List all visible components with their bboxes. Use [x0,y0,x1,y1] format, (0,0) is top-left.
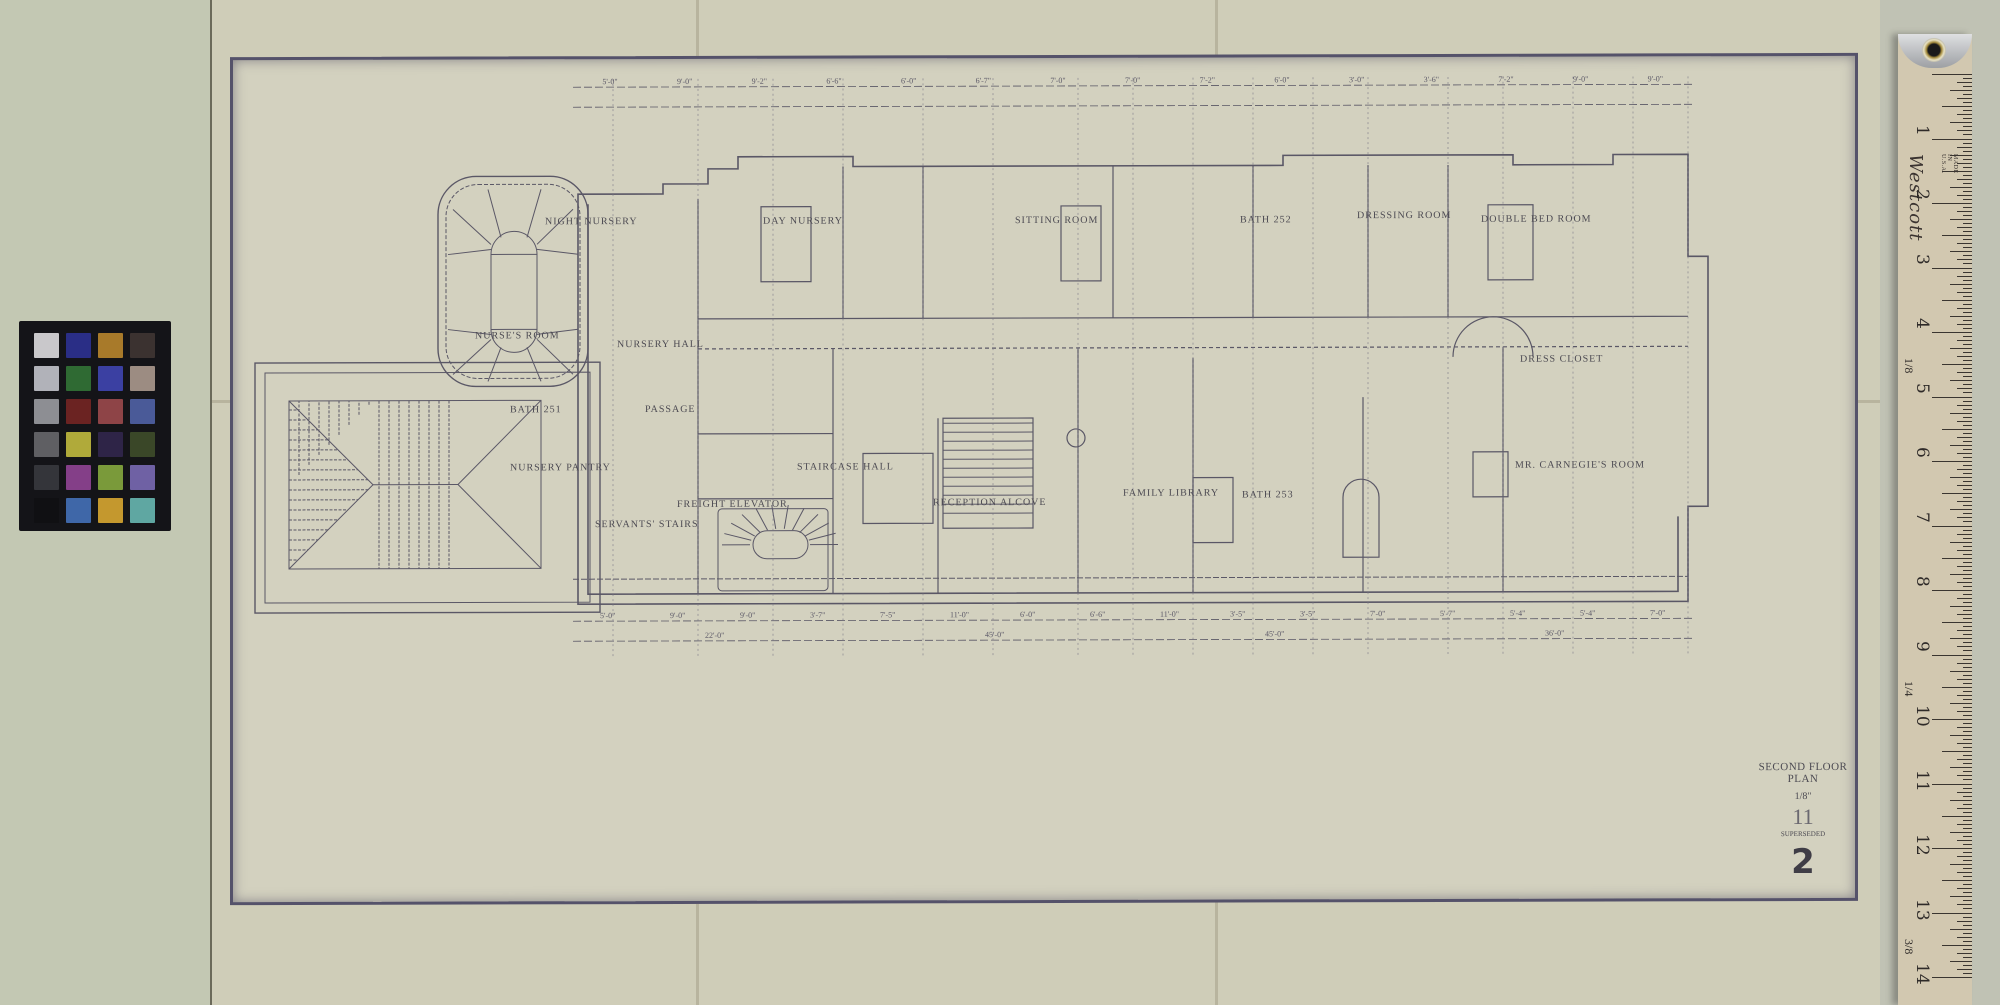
ruler-metal-cap [1898,34,1972,68]
ruler-inch-number: 7 [1912,512,1932,523]
drawing-scale: 1/8" [1758,791,1848,802]
color-swatch [98,399,123,424]
ruler-tick [1963,167,1972,168]
ruler-tick [1963,892,1972,893]
ruler-tick [1950,864,1972,865]
svg-text:3'-5": 3'-5" [1300,609,1315,618]
ruler-tick [1932,139,1972,140]
ruler-tick [1957,598,1972,599]
ruler-tick [1957,663,1972,664]
ruler-tick [1963,755,1972,756]
room-label: DOUBLE BED ROOM [1481,214,1592,225]
ruler-tick [1950,896,1972,897]
roof-plan [255,362,600,613]
color-swatch [98,465,123,490]
ruler-tick [1963,699,1972,700]
ruler-tick [1950,574,1972,575]
ruler-tick [1957,388,1972,389]
ruler-tick [1932,848,1972,849]
ruler-tick [1963,852,1972,853]
ruler-inch-number: 12 [1912,834,1932,856]
ruler-tick [1963,78,1972,79]
document-sheet: 5'-0"9'-0"9'-2"6'-6"6'-0"6'-7"7'-0"7'-0"… [210,0,1880,1005]
color-swatch [34,333,59,358]
ruler-tick [1963,812,1972,813]
ruler-tick [1963,118,1972,119]
ruler-tick [1932,655,1972,656]
svg-text:11'-0": 11'-0" [1160,610,1179,619]
room-label: SERVANTS' STAIRS [595,519,699,530]
color-swatch [130,432,155,457]
color-swatch [98,498,123,523]
svg-text:36'-0": 36'-0" [1545,629,1564,638]
ruler-tick [1963,723,1972,724]
ruler-tick [1963,521,1972,522]
color-swatch [98,432,123,457]
svg-text:45'-0": 45'-0" [985,630,1004,639]
ruler-tick [1963,562,1972,563]
ruler-tick [1963,602,1972,603]
ruler-tick [1963,417,1972,418]
svg-text:6'-0": 6'-0" [1274,75,1289,84]
ruler-tick [1957,904,1972,905]
ruler-tick [1932,203,1972,204]
ruler-tick [1942,687,1972,688]
svg-text:5'-4": 5'-4" [1510,609,1525,618]
svg-text:7'-0": 7'-0" [1650,608,1665,617]
ruler-tick [1963,143,1972,144]
ruler-tick [1957,130,1972,131]
ruler-tick [1957,469,1972,470]
svg-text:9'-0": 9'-0" [1573,75,1588,84]
ruler-tick [1957,840,1972,841]
ruler-tick [1963,215,1972,216]
ruler-inch-number: 6 [1912,447,1932,458]
floor-plan-drawing: 5'-0"9'-0"9'-2"6'-6"6'-0"6'-7"7'-0"7'-0"… [233,56,1855,902]
ruler-tick [1963,578,1972,579]
ruler-tick [1957,566,1972,567]
ruler-tick [1950,90,1972,91]
ruler-tick [1942,429,1972,430]
svg-text:11'-0": 11'-0" [950,610,969,619]
ruler-tick [1950,929,1972,930]
ruler-tick [1963,626,1972,627]
ruler-tick [1950,735,1972,736]
ruler-tick [1957,195,1972,196]
ruler-inch-number: 11 [1912,770,1932,792]
ruler-tick [1963,667,1972,668]
ruler-tick [1957,614,1972,615]
ruler-tick [1957,743,1972,744]
ruler-tick [1957,792,1972,793]
ruler-tick [1963,965,1972,966]
ruler-tick [1942,558,1972,559]
color-swatch [130,498,155,523]
ruler-tick [1950,187,1972,188]
ruler-tick [1932,719,1972,720]
ruler-tick [1963,804,1972,805]
svg-text:7'-0": 7'-0" [1370,609,1385,618]
svg-text:7'-0": 7'-0" [1050,76,1065,85]
oval-stair-room [438,176,588,386]
room-label: DRESSING ROOM [1357,210,1451,221]
sheet-number: 2 [1758,842,1848,882]
ruler-tick [1963,763,1972,764]
ruler-tick [1950,477,1972,478]
ruler-tick [1963,102,1972,103]
svg-text:6'-0": 6'-0" [901,76,916,85]
ruler-tick [1957,872,1972,873]
ruler-tick [1963,973,1972,974]
ruler-tick [1963,263,1972,264]
ruler-tick [1950,155,1972,156]
room-label: NURSERY HALL [617,339,704,350]
ruler-tick [1963,739,1972,740]
svg-text:3'-5": 3'-5" [1230,609,1245,618]
ruler-tick [1957,372,1972,373]
ruler-tick [1932,397,1972,398]
ruler-tick [1963,505,1972,506]
ruler-tick [1957,421,1972,422]
ruler-tick [1963,352,1972,353]
ruler-tick [1957,259,1972,260]
ruler-tick [1963,304,1972,305]
ruler-tick [1963,223,1972,224]
ruler-tick [1963,836,1972,837]
ruler-tick [1957,759,1972,760]
ruler-tick [1963,860,1972,861]
svg-text:6'-0": 6'-0" [1020,610,1035,619]
ruler-tick [1957,276,1972,277]
color-swatch [66,432,91,457]
ruler-tick [1963,513,1972,514]
ruler-tick [1950,606,1972,607]
ruler-tick [1963,933,1972,934]
ruler-inch-number: 8 [1912,576,1932,587]
ruler-tick [1957,179,1972,180]
room-label: BATH 253 [1242,489,1294,500]
ruler-tick [1963,868,1972,869]
room-label: BATH 251 [510,404,562,415]
drawing-title: SECOND FLOOR PLAN [1758,761,1848,785]
ruler-tick [1963,908,1972,909]
ruler-inch-number: 10 [1912,705,1932,727]
ruler-tick [1957,937,1972,938]
ruler-tick [1950,445,1972,446]
ruler-tick [1957,243,1972,244]
ruler-tick [1957,98,1972,99]
room-label: FREIGHT ELEVATOR [677,499,788,510]
ruler-tick [1963,659,1972,660]
ruler-tick [1963,392,1972,393]
ruler-tick [1957,517,1972,518]
color-swatch [130,333,155,358]
ruler-tick [1942,880,1972,881]
plate-number: 11 [1758,804,1848,830]
ruler-inch-number: 13 [1912,899,1932,921]
svg-text:6'-7": 6'-7" [976,76,991,85]
ruler-tick [1963,296,1972,297]
color-swatch [66,399,91,424]
ruler-tick [1963,530,1972,531]
ruler-tick [1957,485,1972,486]
ruler-inch-number: 9 [1912,641,1932,652]
ruler-tick [1932,461,1972,462]
ruler-tick [1963,844,1972,845]
ruler-tick [1957,405,1972,406]
ruler-tick [1957,953,1972,954]
servants-stair [718,505,838,591]
ruler-tick [1963,312,1972,313]
ruler-tick [1963,594,1972,595]
ruler-tick [1963,796,1972,797]
color-swatch [34,465,59,490]
svg-text:7'-0": 7'-0" [1125,76,1140,85]
ruler-tick [1950,767,1972,768]
color-swatch [34,399,59,424]
room-label: BATH 252 [1240,214,1292,225]
ruler-tick [1963,642,1972,643]
svg-text:5'-0": 5'-0" [600,611,615,620]
room-label: PASSAGE [645,404,696,415]
ruler-tick [1963,191,1972,192]
ruler-tick [1963,489,1972,490]
ruler-tick [1957,356,1972,357]
ruler-tick [1942,364,1972,365]
ruler-tick [1950,251,1972,252]
svg-text:9'-0": 9'-0" [1648,74,1663,83]
room-label: SITTING ROOM [1015,215,1098,226]
ruler-tick [1963,409,1972,410]
ruler-tick [1963,634,1972,635]
ruler-tick [1957,824,1972,825]
ruler-tick [1932,977,1972,978]
ruler-fraction-label: 1/8 [1901,358,1916,373]
ruler-tick [1963,110,1972,111]
ruler-tick [1957,550,1972,551]
ruler-tick [1963,957,1972,958]
superseded-stamp: SUPERSEDED [1758,830,1848,838]
svg-text:9'-0": 9'-0" [670,611,685,620]
ruler-tick [1932,913,1972,914]
room-label: DRESS CLOSET [1520,354,1603,365]
ruler-tick [1942,751,1972,752]
ruler-tick [1942,622,1972,623]
svg-text:6'-6": 6'-6" [826,77,841,86]
svg-text:9'-0": 9'-0" [740,611,755,620]
ruler-tick [1950,703,1972,704]
ruler-tick [1932,332,1972,333]
ruler-tick [1963,779,1972,780]
ruler-tick [1963,707,1972,708]
ruler-tick [1963,949,1972,950]
ruler-tick [1950,961,1972,962]
ruler-tick [1957,646,1972,647]
ruler-tick [1957,921,1972,922]
room-label: STAIRCASE HALL [797,461,894,472]
ruler-tick [1963,457,1972,458]
ruler-tick [1950,671,1972,672]
ruler-tick [1963,207,1972,208]
ruler-tick [1963,497,1972,498]
svg-text:9'-2": 9'-2" [752,77,767,86]
svg-text:5'-0": 5'-0" [602,77,617,86]
ruler-tick [1963,344,1972,345]
ruler-tick [1963,900,1972,901]
ruler-tick [1963,433,1972,434]
ruler-tick [1963,788,1972,789]
room-label: NIGHT NURSERY [545,216,638,227]
color-swatch [130,465,155,490]
ruler-tick [1957,211,1972,212]
ruler-tick [1963,771,1972,772]
ruler-tick [1963,618,1972,619]
ruler-tick [1932,74,1972,75]
ruler-tick [1950,542,1972,543]
ruler-tick [1957,324,1972,325]
ruler-tick [1963,401,1972,402]
color-swatch [98,366,123,391]
ruler-tick [1957,501,1972,502]
color-swatch [66,366,91,391]
ruler-tick [1957,969,1972,970]
ruler-tick [1963,715,1972,716]
ruler-tick [1957,582,1972,583]
ruler-tick [1963,820,1972,821]
svg-text:6'-6": 6'-6" [1090,610,1105,619]
title-block: SECOND FLOOR PLAN 1/8" 11 SUPERSEDED 2 [1758,761,1848,882]
ruler-tick [1963,199,1972,200]
ruler-tick [1950,380,1972,381]
ruler-tick [1963,360,1972,361]
ruler-tick [1963,884,1972,885]
ruler-tick [1957,808,1972,809]
svg-text:5'-4": 5'-4" [1580,609,1595,618]
svg-text:7'-2": 7'-2" [1498,75,1513,84]
ruler-tick [1963,425,1972,426]
ruler-tick [1957,888,1972,889]
ruler-tick [1963,368,1972,369]
ruler-tick [1950,832,1972,833]
ruler-tick [1957,695,1972,696]
ruler-tick [1957,630,1972,631]
room-label: DAY NURSERY [763,216,843,227]
ruler-inch-number: 14 [1912,963,1932,985]
ruler-tick [1963,449,1972,450]
color-swatch [98,333,123,358]
ruler-tick [1963,384,1972,385]
room-label: FAMILY LIBRARY [1123,488,1219,499]
ruler-tick [1950,413,1972,414]
ruler-tick [1963,376,1972,377]
ruler-tick [1963,538,1972,539]
measuring-ruler: Westcott MADE IN U.S.A. 1234567891011121… [1898,34,1972,1005]
color-checker-card [19,321,171,531]
ruler-tick [1963,941,1972,942]
ruler-tick [1950,638,1972,639]
svg-text:3'-7": 3'-7" [810,611,825,620]
ruler-tick [1957,340,1972,341]
ruler-tick [1963,554,1972,555]
ruler-tick [1957,227,1972,228]
ruler-tick [1963,183,1972,184]
ruler-tick [1932,590,1972,591]
ruler-tick [1942,816,1972,817]
ruler-tick [1963,747,1972,748]
ruler-inch-number: 3 [1912,254,1932,265]
ruler-tick [1963,336,1972,337]
ruler-tick [1963,925,1972,926]
ruler-tick [1957,308,1972,309]
room-label: NURSERY PANTRY [510,462,611,473]
ruler-tick [1963,546,1972,547]
color-swatch [34,498,59,523]
svg-text:3'-6": 3'-6" [1424,75,1439,84]
ruler-tick [1963,917,1972,918]
color-swatch [66,498,91,523]
color-swatch [130,366,155,391]
ruler-inch-number: 2 [1912,189,1932,200]
ruler-tick [1963,320,1972,321]
ruler-fraction-label: 1/4 [1901,681,1916,696]
ruler-tick [1957,679,1972,680]
ruler-tick [1957,711,1972,712]
blueprint-print: 5'-0"9'-0"9'-2"6'-6"6'-0"6'-7"7'-0"7'-0"… [230,53,1858,905]
ruler-tick [1950,122,1972,123]
ruler-tick [1957,727,1972,728]
ruler-tick [1957,82,1972,83]
ruler-tick [1950,509,1972,510]
ruler-tick [1963,683,1972,684]
ruler-inch-number: 5 [1912,383,1932,394]
svg-text:9'-0": 9'-0" [677,77,692,86]
svg-text:3'-0": 3'-0" [1349,75,1364,84]
ruler-tick [1963,151,1972,152]
ruler-tick [1963,828,1972,829]
ruler-tick [1963,481,1972,482]
svg-text:45'-0": 45'-0" [1265,629,1284,638]
ruler-tick [1963,570,1972,571]
ruler-tick [1963,94,1972,95]
ruler-tick [1963,675,1972,676]
svg-text:22'-0": 22'-0" [705,631,724,640]
ruler-tick [1963,650,1972,651]
ruler-tick [1963,272,1972,273]
ruler-tick [1957,856,1972,857]
ruler-tick [1963,876,1972,877]
ruler-tick [1957,453,1972,454]
svg-text:5'-7": 5'-7" [1440,609,1455,618]
ruler-tick [1963,691,1972,692]
room-label: RECEPTION ALCOVE [933,497,1047,508]
ruler-tick [1957,437,1972,438]
ruler-tick [1932,268,1972,269]
ruler-tick [1963,473,1972,474]
ruler-tick [1963,280,1972,281]
ruler-tick [1963,465,1972,466]
ruler-tick [1963,328,1972,329]
ruler-tick [1950,316,1972,317]
ruler-tick [1942,235,1972,236]
color-swatch [66,465,91,490]
room-label: MR. CARNEGIE'S ROOM [1515,459,1645,470]
ruler-tick [1963,134,1972,135]
ruler-tick [1957,114,1972,115]
ruler-tick [1963,175,1972,176]
ruler-tick [1963,441,1972,442]
ruler-tick [1932,784,1972,785]
ruler-tick [1963,288,1972,289]
